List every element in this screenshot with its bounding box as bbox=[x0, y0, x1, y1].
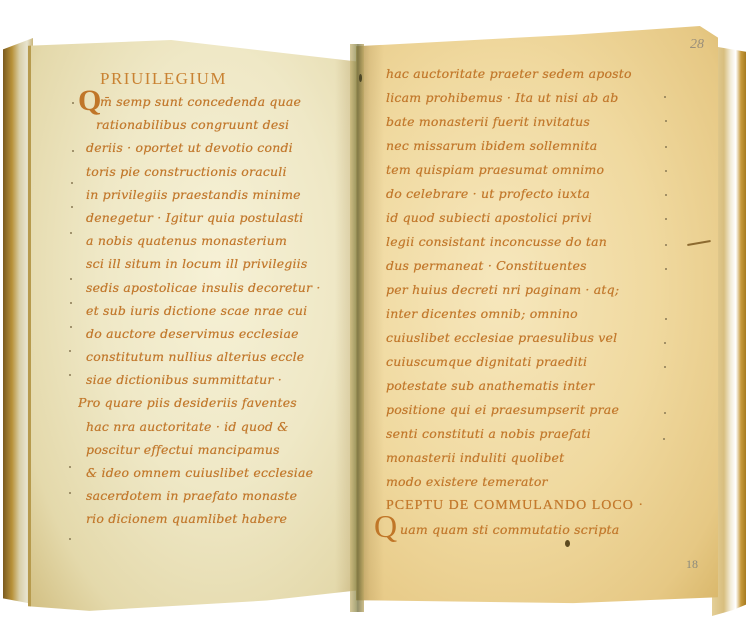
gutter-stain bbox=[359, 74, 362, 82]
text-line: positione qui ei praesumpserit prae bbox=[386, 398, 686, 422]
text-line: sci ill situm in locum ill privilegiis bbox=[86, 252, 348, 275]
left-page-text: PRIUILEGIUM m̄ semp sunt concedenda quae… bbox=[86, 68, 348, 531]
right-decorated-initial: Q bbox=[374, 508, 397, 545]
text-line: siae dictionibus summittatur · bbox=[86, 368, 348, 391]
text-line: id quod subiecti apostolici privi bbox=[386, 206, 686, 230]
text-line: potestate sub anathematis inter bbox=[386, 374, 686, 398]
text-line: sedis apostolicae insulis decoretur · bbox=[86, 276, 348, 299]
pricking-mark bbox=[665, 120, 667, 122]
text-line: et sub iuris dictione scae nrae cui bbox=[86, 299, 348, 322]
text-line: hac auctoritate praeter sedem aposto bbox=[386, 62, 686, 86]
pricking-mark bbox=[664, 412, 666, 414]
pricking-mark bbox=[665, 244, 667, 246]
pricking-mark bbox=[69, 466, 71, 468]
open-manuscript: Q PRIUILEGIUM m̄ semp sunt concedenda qu… bbox=[0, 0, 754, 640]
text-line: hac nra auctoritate · id quod & bbox=[86, 415, 348, 438]
rubric-heading: PCEPTU DE COMMULANDO LOCO · bbox=[386, 494, 686, 518]
pricking-mark bbox=[665, 318, 667, 320]
pricking-mark bbox=[665, 268, 667, 270]
text-line: uam quam sti commutatio scripta bbox=[386, 518, 686, 542]
pricking-mark bbox=[72, 102, 74, 104]
text-line: toris pie constructionis oraculi bbox=[86, 160, 348, 183]
pricking-mark bbox=[665, 194, 667, 196]
pricking-mark bbox=[665, 146, 667, 148]
folio-number-bottom: 18 bbox=[686, 557, 698, 572]
ink-stain bbox=[565, 540, 570, 547]
pricking-mark bbox=[70, 326, 72, 328]
pricking-mark bbox=[71, 206, 73, 208]
text-line: constitutum nullius alterius eccle bbox=[86, 345, 348, 368]
text-line: a nobis quatenus monasterium bbox=[86, 229, 348, 252]
pricking-mark bbox=[69, 538, 71, 540]
text-line: do auctore deservimus ecclesiae bbox=[86, 322, 348, 345]
text-line: & ideo omnem cuiuslibet ecclesiae bbox=[86, 461, 348, 484]
text-line: bate monasterii fuerit invitatus bbox=[386, 110, 686, 134]
pricking-mark bbox=[663, 438, 665, 440]
pricking-mark bbox=[664, 342, 666, 344]
text-line: tem quispiam praesumat omnimo bbox=[386, 158, 686, 182]
folio-number-top: 28 bbox=[690, 37, 704, 53]
text-line: m̄ semp sunt concedenda quae bbox=[86, 90, 348, 113]
text-line: monasterii induliti quolibet bbox=[386, 446, 686, 470]
text-line: Pro quare piis desideriis faventes bbox=[78, 391, 348, 414]
text-line: denegetur · Igitur quia postulasti bbox=[86, 206, 348, 229]
text-line: deriis · oportet ut devotio condi bbox=[86, 136, 348, 159]
pricking-mark bbox=[70, 232, 72, 234]
text-line: per huius decreti nri paginam · atq; bbox=[386, 278, 686, 302]
pricking-mark bbox=[665, 218, 667, 220]
pricking-mark bbox=[69, 350, 71, 352]
gutter-fold bbox=[350, 44, 364, 612]
text-line: dus permaneat · Constituentes bbox=[386, 254, 686, 278]
pricking-mark bbox=[71, 182, 73, 184]
text-line: cuiuslibet ecclesiae praesulibus vel bbox=[386, 326, 686, 350]
text-line: rationabilibus congruunt desi bbox=[86, 113, 348, 136]
pricking-mark bbox=[70, 302, 72, 304]
text-line: legii consistant inconcusse do tan bbox=[386, 230, 686, 254]
pricking-mark bbox=[69, 492, 71, 494]
text-line: rio dicionem quamlibet habere bbox=[86, 507, 348, 530]
text-line: senti constituti a nobis praefati bbox=[386, 422, 686, 446]
pricking-mark bbox=[69, 374, 71, 376]
pricking-mark bbox=[72, 150, 74, 152]
text-line: poscitur effectui mancipamus bbox=[86, 438, 348, 461]
pricking-mark bbox=[70, 278, 72, 280]
text-line: do celebrare · ut profecto iuxta bbox=[386, 182, 686, 206]
text-line: inter dicentes omnib; omnino bbox=[386, 302, 686, 326]
text-line: modo existere temerator bbox=[386, 470, 686, 494]
pricking-mark bbox=[664, 96, 666, 98]
text-line: in privilegiis praestandis minime bbox=[86, 183, 348, 206]
text-line: sacerdotem in praefato monaste bbox=[86, 484, 348, 507]
text-line: nec missarum ibidem sollemnita bbox=[386, 134, 686, 158]
pricking-mark bbox=[664, 366, 666, 368]
text-line: cuiuscumque dignitati praediti bbox=[386, 350, 686, 374]
left-page-heading: PRIUILEGIUM bbox=[100, 68, 348, 90]
pricking-mark bbox=[665, 170, 667, 172]
right-page-text: hac auctoritate praeter sedem aposto lic… bbox=[386, 62, 686, 542]
text-line: licam prohibemus · Ita ut nisi ab ab bbox=[386, 86, 686, 110]
